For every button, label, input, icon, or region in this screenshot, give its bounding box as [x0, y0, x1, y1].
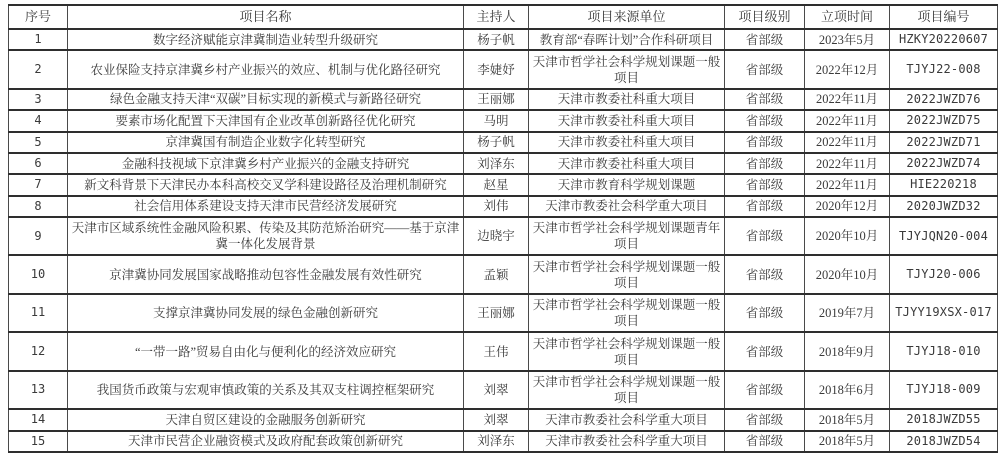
cell-source: 天津市哲学社会科学规划课题青年项目 — [529, 217, 725, 255]
cell-code: TJYJQN20-004 — [890, 217, 998, 255]
cell-code: TJYJ20-006 — [890, 255, 998, 293]
cell-level: 省部级 — [725, 89, 805, 110]
cell-level: 省部级 — [725, 50, 805, 88]
cell-level: 省部级 — [725, 174, 805, 195]
projects-table: 序号项目名称主持人项目来源单位项目级别立项时间项目编号 1数字经济赋能京津冀制造… — [8, 4, 998, 453]
cell-pi: 王伟 — [464, 332, 529, 370]
cell-no: 3 — [9, 89, 68, 110]
cell-code: TJYY19XSX-017 — [890, 294, 998, 332]
cell-no: 12 — [9, 332, 68, 370]
cell-level: 省部级 — [725, 153, 805, 174]
table-row: 4要素市场化配置下天津国有企业改革创新路径优化研究马明天津市教委社科重大项目省部… — [9, 110, 998, 131]
cell-pi: 刘泽东 — [464, 431, 529, 452]
cell-code: HZKY20220607 — [890, 29, 998, 50]
cell-source: 天津市哲学社会科学规划课题一般项目 — [529, 371, 725, 409]
cell-date: 2022年11月 — [805, 132, 890, 153]
cell-pi: 王丽娜 — [464, 89, 529, 110]
column-header-name: 项目名称 — [68, 5, 464, 29]
header-row: 序号项目名称主持人项目来源单位项目级别立项时间项目编号 — [9, 5, 998, 29]
cell-level: 省部级 — [725, 196, 805, 217]
cell-no: 9 — [9, 217, 68, 255]
cell-date: 2023年5月 — [805, 29, 890, 50]
cell-pi: 杨子帆 — [464, 132, 529, 153]
table-row: 10京津冀协同发展国家战略推动包容性金融发展有效性研究孟颖天津市哲学社会科学规划… — [9, 255, 998, 293]
cell-source: 天津市哲学社会科学规划课题一般项目 — [529, 294, 725, 332]
cell-name: 天津市民营企业融资模式及政府配套政策创新研究 — [68, 431, 464, 452]
cell-no: 2 — [9, 50, 68, 88]
cell-date: 2020年10月 — [805, 217, 890, 255]
cell-name: 我国货币政策与宏观审慎政策的关系及其双支柱调控框架研究 — [68, 371, 464, 409]
cell-level: 省部级 — [725, 409, 805, 430]
cell-date: 2022年11月 — [805, 174, 890, 195]
cell-source: 天津市教委社科重大项目 — [529, 110, 725, 131]
cell-code: TJYJ18-010 — [890, 332, 998, 370]
cell-no: 6 — [9, 153, 68, 174]
column-header-code: 项目编号 — [890, 5, 998, 29]
cell-source: 天津市教委社科重大项目 — [529, 89, 725, 110]
cell-pi: 王丽娜 — [464, 294, 529, 332]
table-row: 6金融科技视域下京津冀乡村产业振兴的金融支持研究刘泽东天津市教委社科重大项目省部… — [9, 153, 998, 174]
cell-level: 省部级 — [725, 255, 805, 293]
column-header-date: 立项时间 — [805, 5, 890, 29]
cell-date: 2018年6月 — [805, 371, 890, 409]
cell-name: 新文科背景下天津民办本科高校交叉学科建设路径及治理机制研究 — [68, 174, 464, 195]
table-row: 1数字经济赋能京津冀制造业转型升级研究杨子帆教育部“春晖计划”合作科研项目省部级… — [9, 29, 998, 50]
cell-name: 数字经济赋能京津冀制造业转型升级研究 — [68, 29, 464, 50]
cell-level: 省部级 — [725, 332, 805, 370]
cell-pi: 杨子帆 — [464, 29, 529, 50]
cell-date: 2022年11月 — [805, 110, 890, 131]
cell-source: 教育部“春晖计划”合作科研项目 — [529, 29, 725, 50]
cell-code: 2022JWZD76 — [890, 89, 998, 110]
table-row: 15天津市民营企业融资模式及政府配套政策创新研究刘泽东天津市教委社会科学重大项目… — [9, 431, 998, 452]
cell-source: 天津市教委社科重大项目 — [529, 132, 725, 153]
cell-level: 省部级 — [725, 110, 805, 131]
cell-name: “一带一路”贸易自由化与便利化的经济效应研究 — [68, 332, 464, 370]
cell-no: 7 — [9, 174, 68, 195]
cell-source: 天津市教委社会科学重大项目 — [529, 409, 725, 430]
cell-name: 天津自贸区建设的金融服务创新研究 — [68, 409, 464, 430]
cell-no: 5 — [9, 132, 68, 153]
cell-name: 金融科技视域下京津冀乡村产业振兴的金融支持研究 — [68, 153, 464, 174]
cell-date: 2018年9月 — [805, 332, 890, 370]
cell-source: 天津市哲学社会科学规划课题一般项目 — [529, 50, 725, 88]
table-body: 1数字经济赋能京津冀制造业转型升级研究杨子帆教育部“春晖计划”合作科研项目省部级… — [9, 29, 998, 452]
cell-name: 农业保险支持京津冀乡村产业振兴的效应、机制与优化路径研究 — [68, 50, 464, 88]
cell-code: TJYJ18-009 — [890, 371, 998, 409]
cell-name: 京津冀国有制造企业数字化转型研究 — [68, 132, 464, 153]
cell-date: 2018年5月 — [805, 431, 890, 452]
cell-date: 2022年11月 — [805, 89, 890, 110]
table-row: 14天津自贸区建设的金融服务创新研究刘翠天津市教委社会科学重大项目省部级2018… — [9, 409, 998, 430]
cell-code: 2022JWZD71 — [890, 132, 998, 153]
cell-no: 8 — [9, 196, 68, 217]
cell-no: 10 — [9, 255, 68, 293]
table-row: 2农业保险支持京津冀乡村产业振兴的效应、机制与优化路径研究李婕妤天津市哲学社会科… — [9, 50, 998, 88]
cell-code: HIE220218 — [890, 174, 998, 195]
column-header-pi: 主持人 — [464, 5, 529, 29]
cell-no: 11 — [9, 294, 68, 332]
table-row: 8社会信用体系建设支持天津市民营经济发展研究刘伟天津市教委社会科学重大项目省部级… — [9, 196, 998, 217]
cell-pi: 孟颖 — [464, 255, 529, 293]
column-header-source: 项目来源单位 — [529, 5, 725, 29]
cell-name: 天津市区域系统性金融风险积累、传染及其防范矫治研究——基于京津冀一体化发展背景 — [68, 217, 464, 255]
cell-level: 省部级 — [725, 132, 805, 153]
cell-code: 2020JWZD32 — [890, 196, 998, 217]
cell-source: 天津市教育科学规划课题 — [529, 174, 725, 195]
cell-source: 天津市哲学社会科学规划课题一般项目 — [529, 255, 725, 293]
cell-no: 4 — [9, 110, 68, 131]
cell-source: 天津市哲学社会科学规划课题一般项目 — [529, 332, 725, 370]
cell-source: 天津市教委社会科学重大项目 — [529, 196, 725, 217]
cell-pi: 刘伟 — [464, 196, 529, 217]
cell-code: 2018JWZD54 — [890, 431, 998, 452]
cell-name: 社会信用体系建设支持天津市民营经济发展研究 — [68, 196, 464, 217]
cell-source: 天津市教委社会科学重大项目 — [529, 431, 725, 452]
cell-pi: 刘泽东 — [464, 153, 529, 174]
cell-level: 省部级 — [725, 217, 805, 255]
cell-level: 省部级 — [725, 294, 805, 332]
cell-pi: 马明 — [464, 110, 529, 131]
cell-date: 2019年7月 — [805, 294, 890, 332]
cell-pi: 刘翠 — [464, 409, 529, 430]
cell-code: 2018JWZD55 — [890, 409, 998, 430]
cell-pi: 李婕妤 — [464, 50, 529, 88]
cell-no: 13 — [9, 371, 68, 409]
cell-name: 支撑京津冀协同发展的绿色金融创新研究 — [68, 294, 464, 332]
cell-level: 省部级 — [725, 431, 805, 452]
cell-no: 15 — [9, 431, 68, 452]
cell-code: 2022JWZD75 — [890, 110, 998, 131]
column-header-no: 序号 — [9, 5, 68, 29]
cell-date: 2022年12月 — [805, 50, 890, 88]
cell-name: 绿色金融支持天津“双碳”目标实现的新模式与新路径研究 — [68, 89, 464, 110]
column-header-level: 项目级别 — [725, 5, 805, 29]
cell-code: TJYJ22-008 — [890, 50, 998, 88]
projects-page: 序号项目名称主持人项目来源单位项目级别立项时间项目编号 1数字经济赋能京津冀制造… — [0, 0, 999, 454]
cell-level: 省部级 — [725, 29, 805, 50]
cell-name: 要素市场化配置下天津国有企业改革创新路径优化研究 — [68, 110, 464, 131]
cell-pi: 赵星 — [464, 174, 529, 195]
cell-no: 14 — [9, 409, 68, 430]
cell-source: 天津市教委社科重大项目 — [529, 153, 725, 174]
cell-pi: 边晓宇 — [464, 217, 529, 255]
table-row: 7新文科背景下天津民办本科高校交叉学科建设路径及治理机制研究赵星天津市教育科学规… — [9, 174, 998, 195]
table-row: 3绿色金融支持天津“双碳”目标实现的新模式与新路径研究王丽娜天津市教委社科重大项… — [9, 89, 998, 110]
cell-code: 2022JWZD74 — [890, 153, 998, 174]
cell-date: 2018年5月 — [805, 409, 890, 430]
cell-name: 京津冀协同发展国家战略推动包容性金融发展有效性研究 — [68, 255, 464, 293]
table-row: 5京津冀国有制造企业数字化转型研究杨子帆天津市教委社科重大项目省部级2022年1… — [9, 132, 998, 153]
table-row: 12“一带一路”贸易自由化与便利化的经济效应研究王伟天津市哲学社会科学规划课题一… — [9, 332, 998, 370]
cell-date: 2022年11月 — [805, 153, 890, 174]
cell-no: 1 — [9, 29, 68, 50]
table-row: 11支撑京津冀协同发展的绿色金融创新研究王丽娜天津市哲学社会科学规划课题一般项目… — [9, 294, 998, 332]
cell-pi: 刘翠 — [464, 371, 529, 409]
cell-date: 2020年10月 — [805, 255, 890, 293]
cell-level: 省部级 — [725, 371, 805, 409]
cell-date: 2020年12月 — [805, 196, 890, 217]
table-row: 13我国货币政策与宏观审慎政策的关系及其双支柱调控框架研究刘翠天津市哲学社会科学… — [9, 371, 998, 409]
table-row: 9天津市区域系统性金融风险积累、传染及其防范矫治研究——基于京津冀一体化发展背景… — [9, 217, 998, 255]
